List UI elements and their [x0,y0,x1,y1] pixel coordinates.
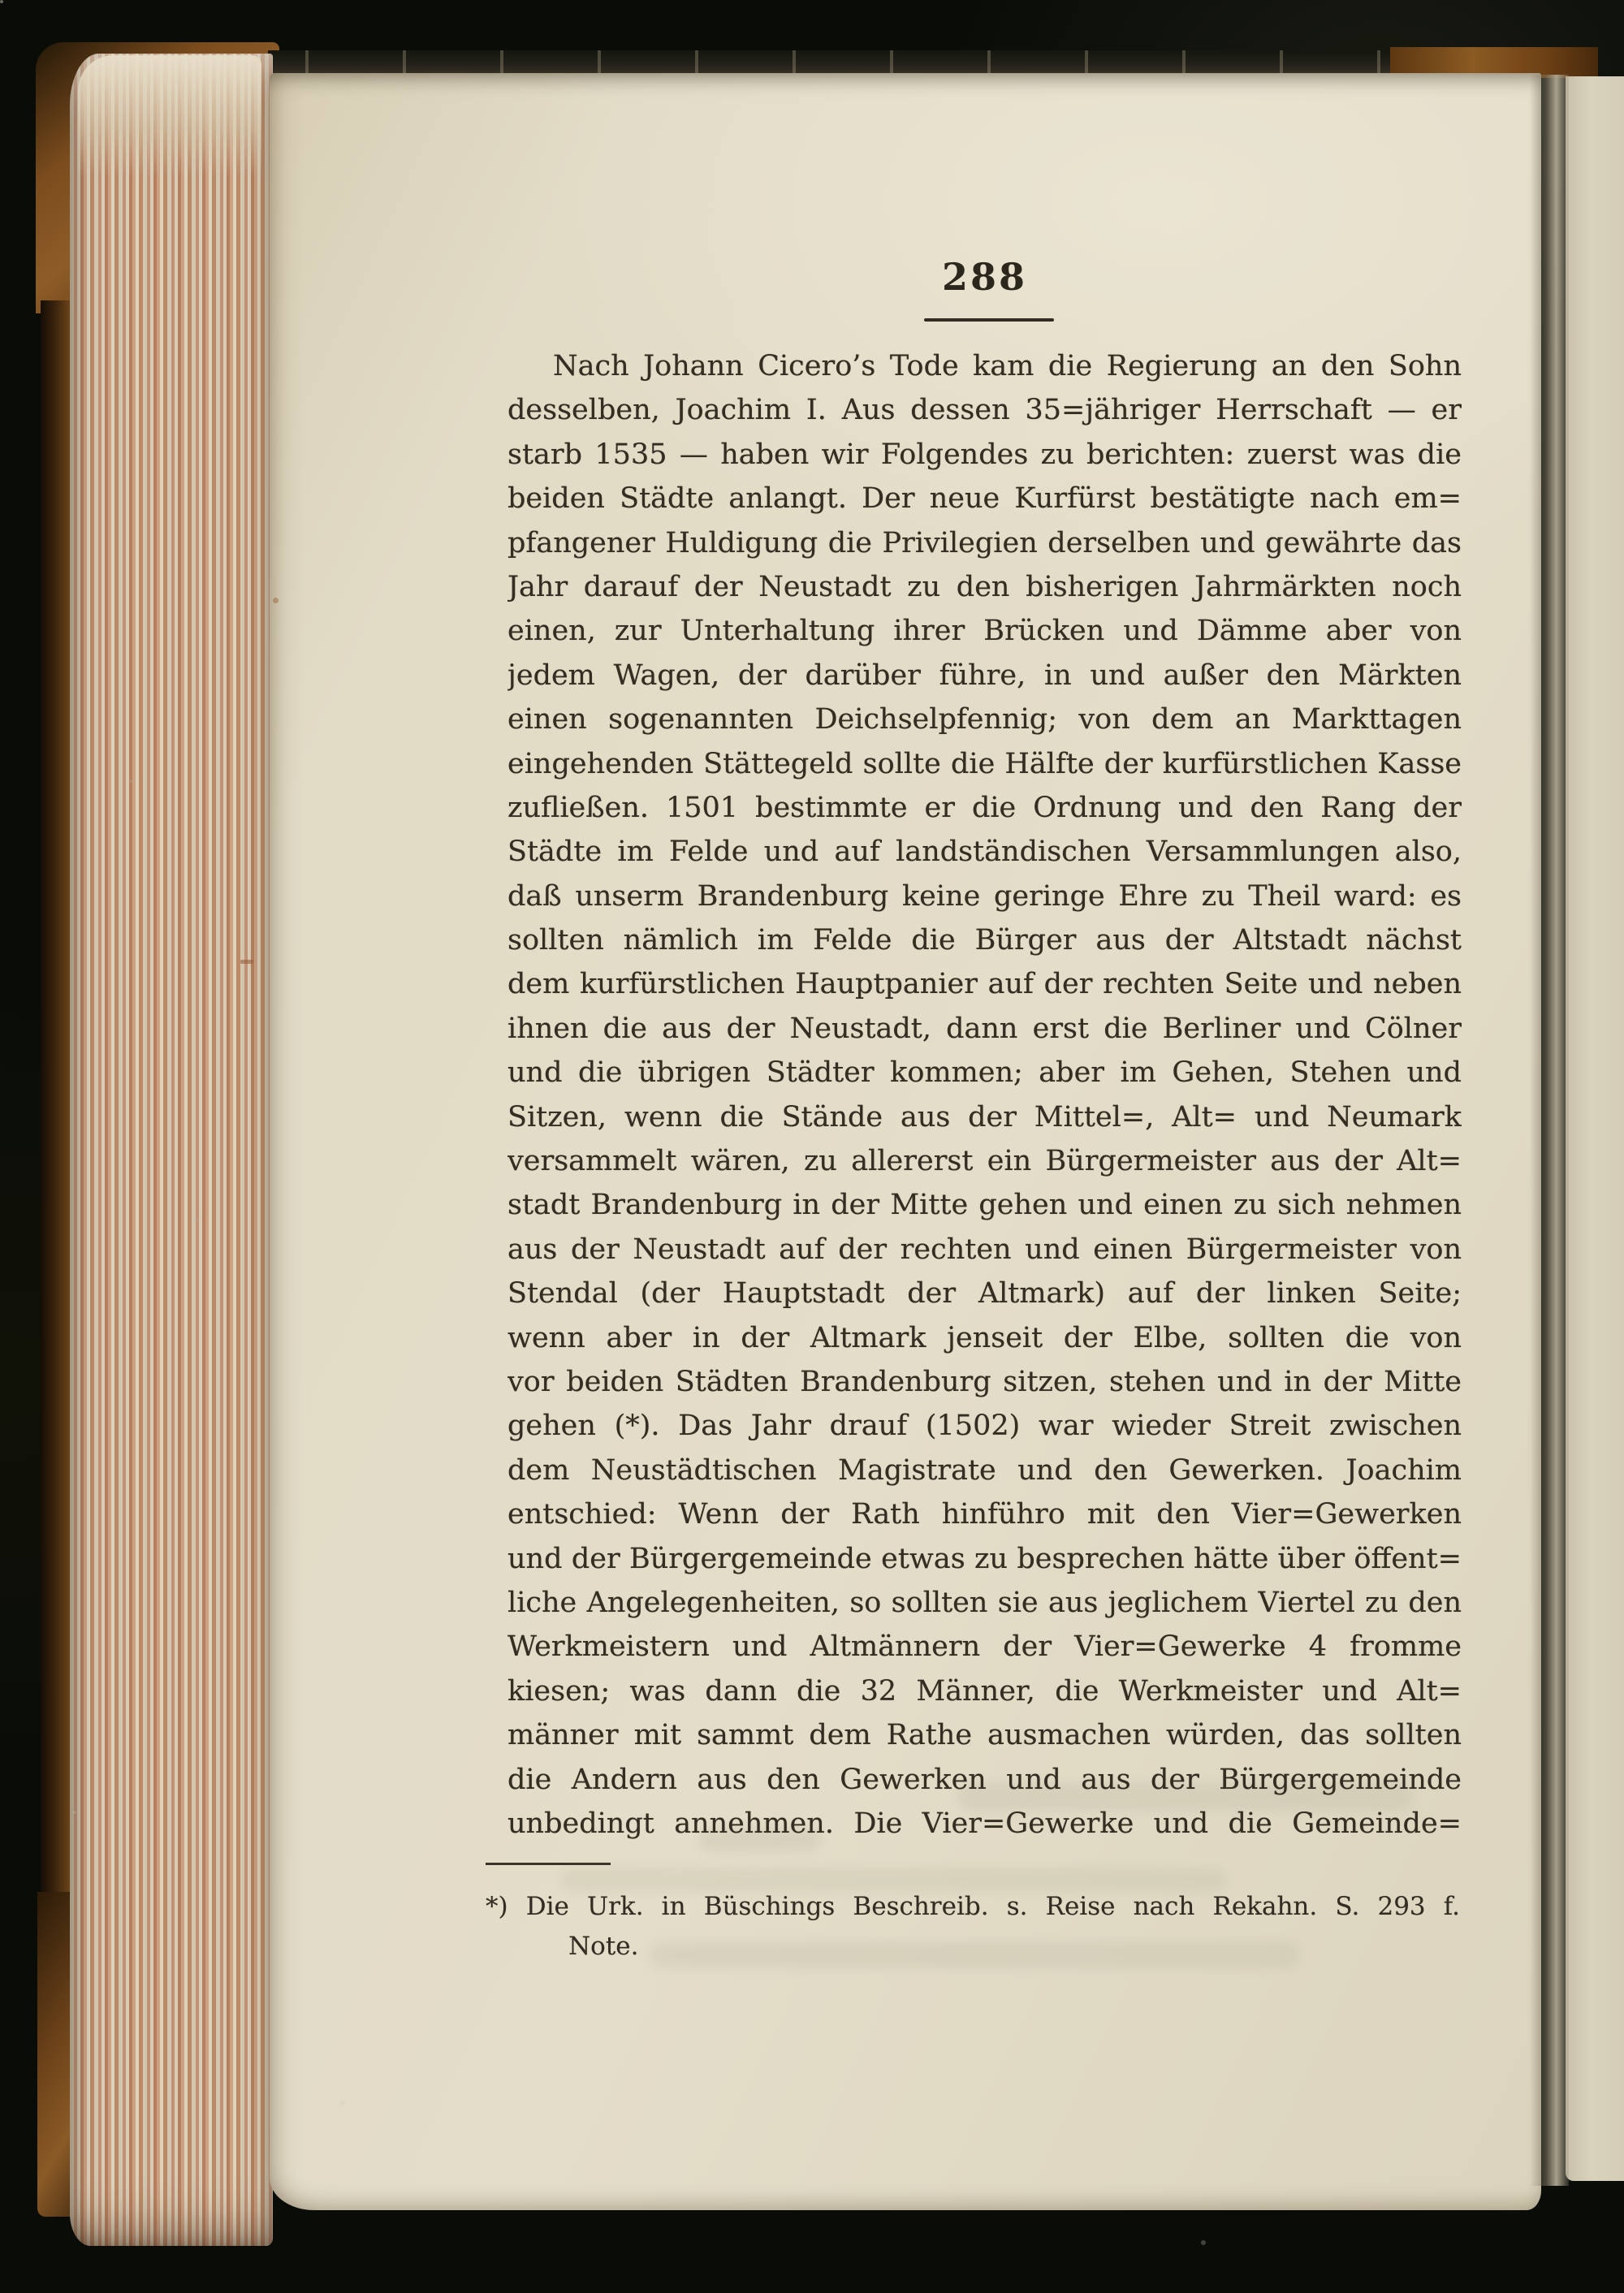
gutter-shadow [1530,75,1569,2186]
footnote-separator-rule [486,1863,611,1865]
text-line: sollten nämlich im Felde die Bürger aus … [508,918,1462,962]
text-line: eingehenden Stättegeld sollte die Hälfte… [508,742,1462,786]
text-line: stadt Brandenburg in der Mitte gehen und… [508,1183,1462,1227]
text-line: unbedingt annehmen. Die Vier=Gewerke und… [508,1802,1462,1846]
text-line: beiden Städte anlangt. Der neue Kurfürst… [508,477,1462,520]
text-line: Sitzen, wenn die Stände aus der Mittel=,… [508,1095,1462,1139]
text-line: Nach Johann Cicero’s Tode kam die Regier… [508,344,1462,388]
text-line: Werkmeistern und Altmännern der Vier=Gew… [508,1625,1462,1669]
text-line: ihnen die aus der Neustadt, dann erst di… [508,1007,1462,1051]
footnote: *) Die Urk. in Büschings Beschreib. s. R… [486,1887,1460,1967]
text-line: liche Angelegenheiten, so sollten sie au… [508,1581,1462,1625]
text-line: daß unserm Brandenburg keine geringe Ehr… [508,874,1462,918]
text-line: kiesen; was dann die 32 Männer, die Werk… [508,1669,1462,1713]
page-blemish [240,960,253,964]
text-line: aus der Neustadt auf der rechten und ein… [508,1228,1462,1272]
book-photograph: 288 Nach Johann Cicero’s Tode kam die Re… [0,0,1624,2293]
text-line: einen sogenannten Deichselpfennig; von d… [508,697,1462,741]
text-line: versammelt wären, zu allererst ein Bürge… [508,1139,1462,1183]
page-fore-edge-stack [70,54,273,2246]
body-text: Nach Johann Cicero’s Tode kam die Regier… [508,344,1462,1846]
footnote-line: Note. [486,1927,1460,1967]
facing-page-edge [1566,76,1624,2181]
text-line: dem kurfürstlichen Hauptpanier auf der r… [508,962,1462,1006]
text-line: Städte im Felde und auf landständischen … [508,830,1462,874]
page-stack-top-highlight [78,55,261,177]
page-blemish [273,598,279,603]
text-line: gehen (*). Das Jahr drauf (1502) war wie… [508,1404,1462,1448]
text-line: vor beiden Städten Brandenburg sitzen, s… [508,1360,1462,1404]
text-line: und die übrigen Städter kommen; aber im … [508,1051,1462,1095]
text-line: zufließen. 1501 bestimmte er die Ordnung… [508,786,1462,830]
text-line: wenn aber in der Altmark jenseit der Elb… [508,1316,1462,1360]
text-line: Stendal (der Hauptstadt der Altmark) auf… [508,1272,1462,1315]
text-line: jedem Wagen, der darüber führe, in und a… [508,654,1462,697]
text-line: starb 1535 — haben wir Folgendes zu beri… [508,433,1462,477]
text-line: und der Bürgergemeinde etwas zu besprech… [508,1537,1462,1581]
dust-specks [0,0,3,3]
text-line: desselben, Joachim I. Aus dessen 35=jähr… [508,388,1462,432]
text-line: die Andern aus den Gewerken und aus der … [508,1758,1462,1802]
footnote-line: *) Die Urk. in Büschings Beschreib. s. R… [486,1887,1460,1927]
page-number-rule [924,318,1054,322]
page-number: 288 [508,255,1462,299]
text-line: einen, zur Unterhaltung ihrer Brücken un… [508,609,1462,653]
text-line: männer mit sammt dem Rathe ausmachen wür… [508,1713,1462,1757]
text-line: entschied: Wenn der Rath hinführo mit de… [508,1492,1462,1536]
text-line: dem Neustädtischen Magistrate und den Ge… [508,1449,1462,1492]
text-line: pfangener Huldigung die Privilegien ders… [508,521,1462,565]
text-line: Jahr darauf der Neustadt zu den bisherig… [508,565,1462,609]
